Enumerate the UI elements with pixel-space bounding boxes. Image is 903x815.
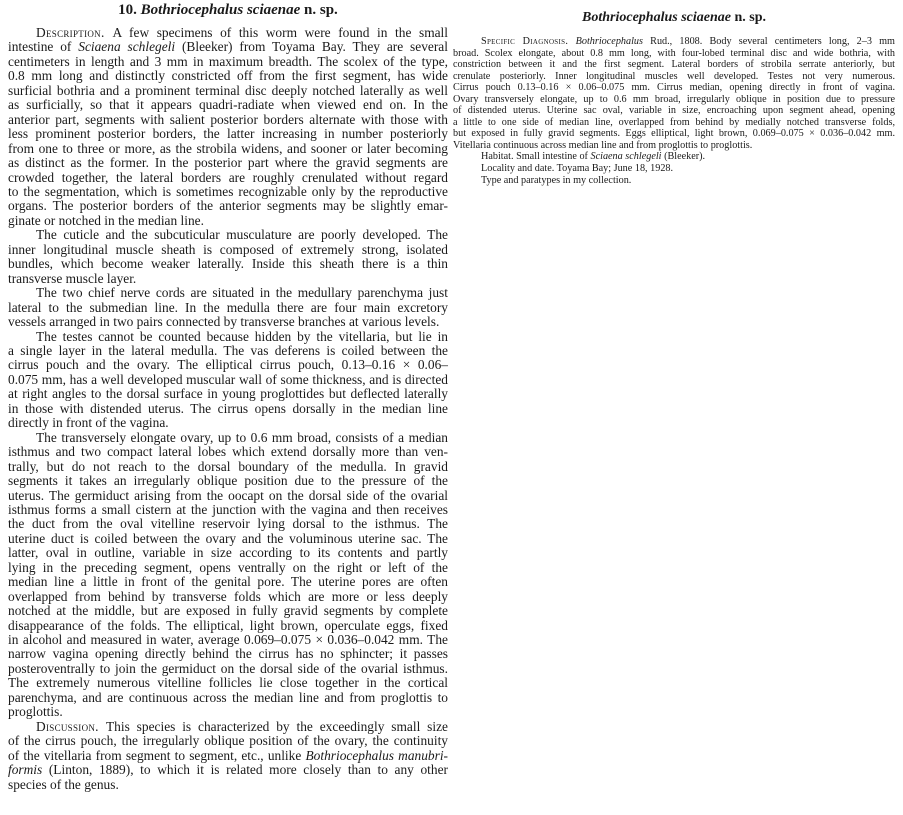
text-line: Type and paratypes in my collection. [453, 175, 895, 187]
section-lead: Description. [36, 25, 113, 40]
italic-taxon: Sciaena schlegeli [591, 151, 662, 162]
text-line: bundles, which become weaker laterally. … [8, 257, 448, 271]
text-line: cirrus pouch and the ovary. The elliptic… [8, 358, 448, 372]
italic-taxon: Bothriocephalus manubri- [305, 748, 448, 763]
text-line: vessels arranged in two pairs connected … [8, 315, 448, 329]
paragraph: Specific Diagnosis. Bothriocephalus Rud.… [453, 36, 895, 151]
text-line: disappearance of the folds. The elliptic… [8, 619, 448, 633]
text-line: of the cirrus pouch, the irregularly obl… [8, 734, 448, 748]
text-line: The two chief nerve cords are situated i… [8, 286, 448, 300]
paragraph: The testes cannot be counted because hid… [8, 330, 448, 431]
text-line: isthmus and two compact lateral lobes wh… [8, 445, 448, 459]
heading-species-name: Bothriocephalus sciaenae [582, 10, 731, 25]
italic-taxon: formis [8, 762, 42, 777]
heading-species-name: Bothriocephalus sciaenae [141, 2, 301, 18]
text-line: directly in front of the vagina. [8, 416, 448, 430]
text-line: Ovary transversely elongate, up to 0.6 m… [453, 94, 895, 106]
text-line: in those with distended uterus. The cirr… [8, 402, 448, 416]
text-line: the duct from the oval vitelline reservo… [8, 517, 448, 531]
text-line: parenchyma, and are continuous across th… [8, 691, 448, 705]
text-line: proglottis. [8, 705, 448, 719]
section-lead: Discussion. [36, 719, 106, 734]
paragraph: Type and paratypes in my collection. [453, 175, 895, 187]
text-line: constriction between it and the first se… [453, 59, 895, 71]
text-line: formis (Linton, 1889), to which it is re… [8, 763, 448, 777]
text-line: broad. Scolex elongate, about 0.8 mm lon… [453, 48, 895, 60]
text-line: narrow vagina opening directly behind th… [8, 647, 448, 661]
text-line: notched at the middle, but are exposed i… [8, 604, 448, 618]
text-line: as distinct as the former. In the poster… [8, 156, 448, 170]
text-line: ginate or notched in the median line. [8, 214, 448, 228]
paragraph: Discussion. This species is characterize… [8, 720, 448, 792]
text-line: uterine duct is coiled between the ovary… [8, 532, 448, 546]
paragraph: Locality and date. Toyama Bay; June 18, … [453, 163, 895, 175]
text-line: posteroventrally to join the germiduct o… [8, 662, 448, 676]
heading-suffix: n. sp. [734, 10, 766, 25]
section-lead: Specific Diagnosis. [481, 36, 576, 47]
paragraph: Description. A few specimens of this wor… [8, 26, 448, 228]
description-body: Description. A few specimens of this wor… [8, 26, 448, 792]
text-line: Discussion. This species is characterize… [8, 720, 448, 734]
text-line: The extremely numerous vitelline follicl… [8, 676, 448, 690]
text-line: from one to three or more, as the strobi… [8, 142, 448, 156]
text-line: species of the genus. [8, 778, 448, 792]
text-line: overlapped from behind by transverse fol… [8, 590, 448, 604]
text-line: transverse muscle layer. [8, 272, 448, 286]
text-line: uterus. The germiduct arising from the o… [8, 489, 448, 503]
paragraph: The cuticle and the subcuticular muscula… [8, 228, 448, 286]
text-line: The cuticle and the subcuticular muscula… [8, 228, 448, 242]
text-line: Cirrus pouch 0.13–0.16 × 0.06–0.075 mm. … [453, 82, 895, 94]
text-line: organs. The posterior borders of the ant… [8, 199, 448, 213]
heading-suffix: n. sp. [304, 2, 338, 18]
text-line: Description. A few specimens of this wor… [8, 26, 448, 40]
text-line: a single layer in the lateral medulla. T… [8, 344, 448, 358]
text-line: intestine of Sciaena schlegeli (Bleeker)… [8, 40, 448, 54]
text-line: centimeters in length and 3 mm in maximu… [8, 55, 448, 69]
text-line: Locality and date. Toyama Bay; June 18, … [453, 163, 895, 175]
text-line: The transversely elongate ovary, up to 0… [8, 431, 448, 445]
paragraph: The two chief nerve cords are situated i… [8, 286, 448, 329]
text-line: as surficially, so that it appears quadr… [8, 98, 448, 112]
text-line: surficial bothria and a prominent termin… [8, 84, 448, 98]
paragraph: Habitat. Small intestine of Sciaena schl… [453, 151, 895, 163]
text-line: The testes cannot be counted because hid… [8, 330, 448, 344]
text-line: Vitellaria continuous across median line… [453, 140, 895, 152]
species-heading: 10. Bothriocephalus sciaenae n. sp. [8, 1, 448, 19]
text-line: but exposed in fully gravid segments. Eg… [453, 128, 895, 140]
text-line: 0.075 mm, has a well developed muscular … [8, 373, 448, 387]
text-line: at right angles to the dorsal surface in… [8, 387, 448, 401]
text-line: trally, but do not reach to the dorsal b… [8, 460, 448, 474]
text-line: to the segmentation, which is sometimes … [8, 185, 448, 199]
text-line: Habitat. Small intestine of Sciaena schl… [453, 151, 895, 163]
text-line: crenulate posteriorly. Inner longitudina… [453, 71, 895, 83]
paragraph: The transversely elongate ovary, up to 0… [8, 431, 448, 720]
text-line: lateral to the submedian line. In the me… [8, 301, 448, 315]
text-line: in alcohol and measured in water, averag… [8, 633, 448, 647]
text-line: a little to one side of median line, ove… [453, 117, 895, 129]
text-line: crowded together, the lateral borders ar… [8, 171, 448, 185]
text-line: lying in the preceding segment, opens ve… [8, 561, 448, 575]
diagnosis-heading: Bothriocephalus sciaenae n. sp. [453, 9, 895, 27]
text-line: 0.8 mm long and distinctly constricted o… [8, 69, 448, 83]
text-line: isthmus forms a small cistern at the jun… [8, 503, 448, 517]
specific-diagnosis-body: Specific Diagnosis. Bothriocephalus Rud.… [453, 36, 895, 186]
text-line: of the vitellaria from segment to segmen… [8, 749, 448, 763]
italic-taxon: Sciaena schlegeli [78, 39, 175, 54]
text-line: anterior part, segments with salient pos… [8, 113, 448, 127]
heading-number: 10. [118, 2, 137, 18]
text-line: latter, oval in outline, variable in siz… [8, 546, 448, 560]
text-line: segments it takes an irregularly oblique… [8, 474, 448, 488]
text-line: of distended uterus. Uterine sac oval, v… [453, 105, 895, 117]
italic-taxon: Bothriocephalus [576, 36, 643, 47]
text-line: inner longitudinal muscle sheath is comp… [8, 243, 448, 257]
text-line: median line a little in front of the gen… [8, 575, 448, 589]
text-line: less prominent posterior borders, the la… [8, 127, 448, 141]
text-line: Specific Diagnosis. Bothriocephalus Rud.… [453, 36, 895, 48]
